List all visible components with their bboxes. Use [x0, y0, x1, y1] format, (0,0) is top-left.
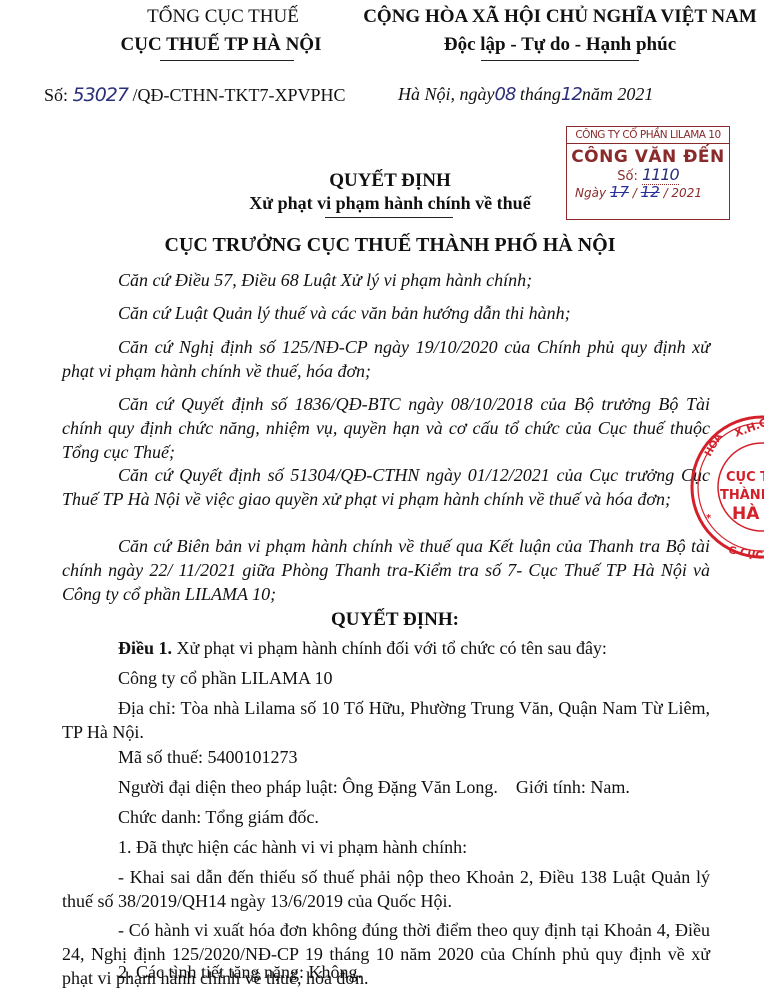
decision-subtitle: Xử phạt vi phạm hành chính về thuế: [210, 193, 570, 214]
violations-heading: 1. Đã thực hiện các hành vi vi phạm hành…: [62, 835, 710, 859]
national-title: CỘNG HÒA XÃ HỘI CHỦ NGHĨA VIỆT NAM: [356, 6, 764, 28]
motto-underline: [481, 60, 639, 61]
stamp-number: Số: 1110: [567, 165, 729, 184]
legal-basis-4: Căn cứ Quyết định số 1836/QĐ-BTC ngày 08…: [62, 392, 710, 464]
legal-basis-1: Căn cứ Điều 57, Điều 68 Luật Xử lý vi ph…: [62, 268, 710, 292]
handwritten-number: 53027: [73, 84, 128, 106]
article-1-intro: Điều 1. Xử phạt vi phạm hành chính đối v…: [62, 636, 710, 660]
document-number: Số: 53027 /QĐ-CTHN-TKT7-XPVPHC: [44, 84, 345, 106]
aggravating-circumstances: 2. Các tình tiết tăng nặng: Không.: [62, 960, 710, 984]
agency-name: CỤC THUẾ TP HÀ NỘI: [96, 34, 346, 56]
legal-basis-6: Căn cứ Biên bản vi phạm hành chính về th…: [62, 534, 710, 606]
svg-text:CỤC TH: CỤC TH: [726, 470, 764, 485]
stamp-date: Ngày 17 / 12 / 2021: [567, 183, 729, 201]
agency-parent: TỔNG CỤC THUẾ: [118, 6, 328, 28]
svg-text:THÀNH: THÀNH: [720, 487, 764, 503]
legal-representative: Người đại diện theo pháp luật: Ông Đặng …: [62, 775, 710, 799]
company-name: Công ty cổ phần LILAMA 10: [62, 666, 710, 690]
company-address: Địa chỉ: Tòa nhà Lilama số 10 Tố Hữu, Ph…: [62, 696, 710, 744]
national-motto: Độc lập - Tự do - Hạnh phúc: [356, 34, 764, 56]
representative-position: Chức danh: Tổng giám đốc.: [62, 805, 710, 829]
document-date: Hà Nội, ngày08 tháng12năm 2021: [398, 84, 653, 105]
stamp-company: CÔNG TY CỔ PHẦN LILAMA 10: [567, 127, 729, 144]
svg-text:*: *: [706, 513, 712, 524]
svg-text:G CỤC: G CỤC: [727, 545, 763, 562]
svg-text:X.H.C.: X.H.C.: [733, 415, 764, 440]
legal-basis-2: Căn cứ Luật Quản lý thuế và các văn bản …: [62, 301, 710, 325]
stamp-label: CÔNG VĂN ĐẾN: [567, 147, 729, 167]
subtitle-underline: [325, 217, 453, 218]
incoming-document-stamp: CÔNG TY CỔ PHẦN LILAMA 10 CÔNG VĂN ĐẾN S…: [566, 126, 730, 220]
svg-text:HÀ N: HÀ N: [732, 502, 764, 524]
issuing-authority: CỤC TRƯỞNG CỤC THUẾ THÀNH PHỐ HÀ NỘI: [60, 234, 720, 257]
decide-heading: QUYẾT ĐỊNH:: [230, 609, 560, 631]
legal-basis-5: Căn cứ Quyết định số 51304/QĐ-CTHN ngày …: [62, 463, 710, 511]
legal-basis-3: Căn cứ Nghị định số 125/NĐ-CP ngày 19/10…: [62, 335, 710, 383]
handwritten-month: 12: [561, 84, 582, 105]
handwritten-day: 08: [495, 84, 516, 105]
decision-title: QUYẾT ĐỊNH: [240, 170, 540, 192]
agency-underline: [160, 60, 294, 61]
violation-1: - Khai sai dẫn đến thiếu số thuế phải nộ…: [62, 865, 710, 913]
tax-code: Mã số thuế: 5400101273: [62, 745, 710, 769]
